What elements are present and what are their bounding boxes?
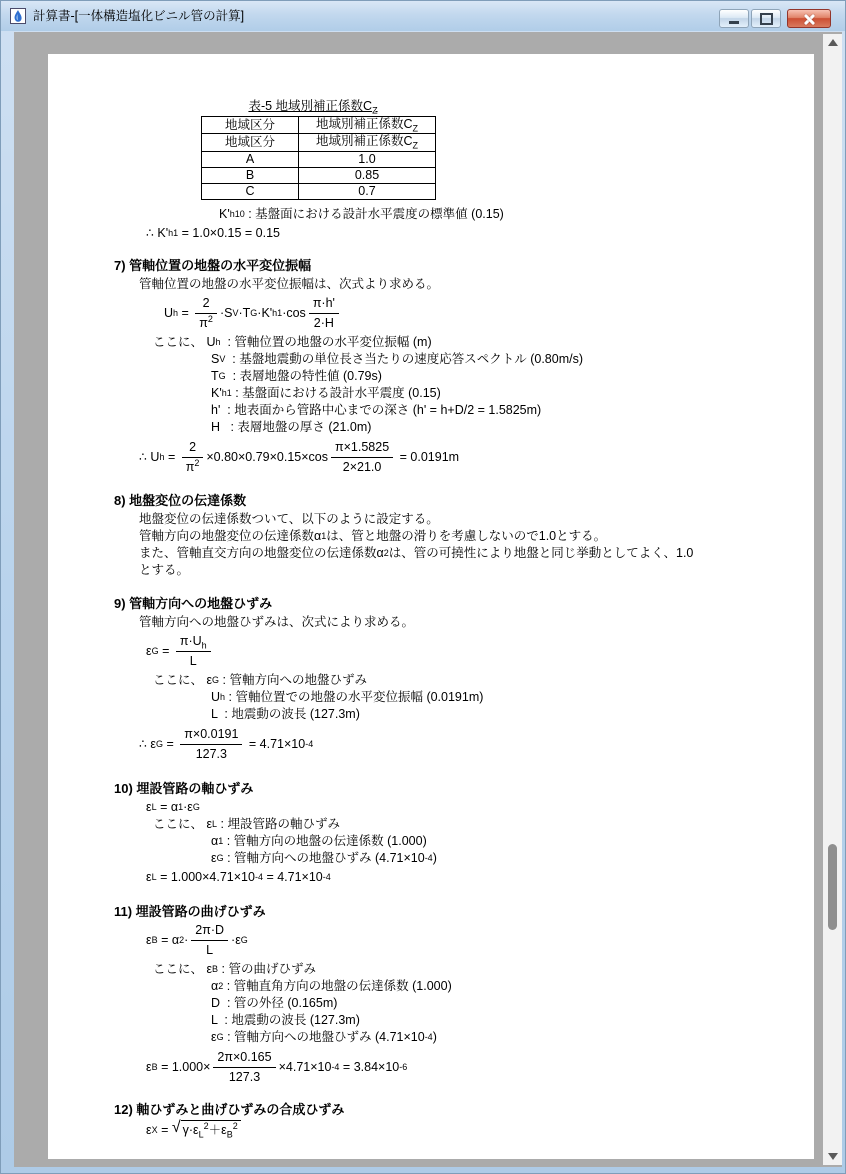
scroll-thumb[interactable] (828, 844, 837, 930)
page-number: 9 (114, 1158, 754, 1159)
doc-line: εB = α2·2π·DL·εG (114, 922, 814, 959)
table-cell: 地域区分 (202, 116, 299, 134)
doc-line: TG : 表層地盤の特性値 (0.79s) (114, 368, 814, 385)
doc-line: εL = α1·εG (114, 799, 814, 816)
doc-line: L : 地震動の波長 (127.3m) (114, 1012, 814, 1029)
doc-lines: K'h10 : 基盤面における設計水平震度の標準値 (0.15)∴ K'h1 =… (114, 206, 814, 1140)
section-heading: 7) 管軸位置の地盤の水平変位振幅 (114, 257, 814, 274)
maximize-button[interactable] (751, 9, 781, 28)
doc-line: H : 表層地盤の厚さ (21.0m) (114, 419, 814, 436)
doc-line: εL = 1.000×4.71×10-4 = 4.71×10-4 (114, 869, 814, 886)
doc-line: ∴ K'h1 = 1.0×0.15 = 0.15 (114, 225, 814, 242)
table-cell: 0.85 (299, 167, 436, 183)
scroll-down-button[interactable] (823, 1148, 842, 1165)
doc-line: 管軸位置の地盤の水平変位振幅は、次式より求める。 (114, 276, 814, 293)
doc-line: K'h1 : 基盤面における設計水平震度 (0.15) (114, 385, 814, 402)
app-icon (10, 8, 27, 24)
table-cell: 地域別補正係数CZ (299, 116, 436, 134)
minimize-icon (729, 21, 739, 24)
section-heading: 8) 地盤変位の伝達係数 (114, 492, 814, 509)
doc-line: α1 : 管軸方向の地盤の伝達係数 (1.000) (114, 833, 814, 850)
table-title: 表-5 地域別補正係数CZ (201, 98, 425, 116)
doc-line: α2 : 管軸直角方向の地盤の伝達係数 (1.000) (114, 978, 814, 995)
doc-line: ここに、 Uh : 管軸位置の地盤の水平変位振幅 (m) (114, 334, 814, 351)
doc-line: また、管軸直交方向の地盤変位の伝達係数α2は、管の可撓性により地盤と同じ挙動とし… (114, 545, 814, 562)
doc-line: ここに、 εB : 管の曲げひずみ (114, 961, 814, 978)
table-cell: B (202, 167, 299, 183)
doc-line: ∴ Uh = 2π2×0.80×0.79×0.15×cosπ×1.58252×2… (114, 439, 814, 476)
doc-line: Uh = 2π2·SV·TG·K'h1·cosπ·h'2·H (114, 295, 814, 332)
window-title: 計算書-[一体構造塩化ビニル管の計算] (33, 1, 244, 31)
table-cell: 地域別補正係数CZ (299, 134, 436, 152)
section-heading: 11) 埋設管路の曲げひずみ (114, 903, 814, 920)
section-heading: 12) 軸ひずみと曲げひずみの合成ひずみ (114, 1101, 814, 1118)
table-cell: 0.7 (299, 183, 436, 199)
doc-line: とする。 (114, 562, 814, 579)
doc-line: h' : 地表面から管路中心までの深さ (h' = h+D/2 = 1.5825… (114, 402, 814, 419)
doc-line: Uh : 管軸位置での地盤の水平変位振幅 (0.0191m) (114, 689, 814, 706)
close-button[interactable] (787, 9, 831, 28)
correction-table: 地域区分地域別補正係数CZ地域区分地域別補正係数CZA1.0B0.85C0.7 (201, 116, 436, 200)
table-row: 地域区分地域別補正係数CZ (202, 134, 436, 152)
table-cell: C (202, 183, 299, 199)
close-icon (803, 13, 815, 25)
doc-line: D : 管の外径 (0.165m) (114, 995, 814, 1012)
doc-line: ここに、 εG : 管軸方向への地盤ひずみ (114, 672, 814, 689)
table-row: 地域区分地域別補正係数CZ (202, 116, 436, 134)
document-viewport: 表-5 地域別補正係数CZ 地域区分地域別補正係数CZ地域区分地域別補正係数CZ… (14, 32, 842, 1167)
titlebar[interactable]: 計算書-[一体構造塩化ビニル管の計算] (1, 1, 845, 31)
doc-line: εX = √γ·εL2＋εB2 (114, 1120, 814, 1140)
doc-line: L : 地震動の波長 (127.3m) (114, 706, 814, 723)
doc-line: K'h10 : 基盤面における設計水平震度の標準値 (0.15) (114, 206, 814, 223)
table-cell: 1.0 (299, 151, 436, 167)
table-cell: 地域区分 (202, 134, 299, 152)
doc-line: ここに、 εL : 埋設管路の軸ひずみ (114, 816, 814, 833)
section-heading: 10) 埋設管路の軸ひずみ (114, 780, 814, 797)
scroll-up-button[interactable] (823, 34, 842, 51)
table-row: A1.0 (202, 151, 436, 167)
doc-line: 管軸方向の地盤変位の伝達係数α1は、管と地盤の滑りを考慮しないので1.0とする。 (114, 528, 814, 545)
scrollbar[interactable] (823, 34, 842, 1165)
table-row: C0.7 (202, 183, 436, 199)
minimize-button[interactable] (719, 9, 749, 28)
maximize-icon (760, 13, 773, 25)
table-cell: A (202, 151, 299, 167)
section-heading: 9) 管軸方向への地盤ひずみ (114, 595, 814, 612)
doc-line: ∴ εG = π×0.0191127.3 = 4.71×10-4 (114, 726, 814, 763)
doc-line: 地盤変位の伝達係数ついて、以下のように設定する。 (114, 511, 814, 528)
doc-line: εG = π·UhL (114, 633, 814, 671)
scroll-down-icon (828, 1153, 838, 1160)
doc-line: εG : 管軸方向への地盤ひずみ (4.71×10-4) (114, 1029, 814, 1046)
doc-line: 管軸方向への地盤ひずみは、次式により求める。 (114, 614, 814, 631)
scroll-up-icon (828, 39, 838, 46)
document-page: 表-5 地域別補正係数CZ 地域区分地域別補正係数CZ地域区分地域別補正係数CZ… (48, 54, 814, 1159)
application-window: 計算書-[一体構造塩化ビニル管の計算] 表-5 地域別補正係数CZ 地域区分地域… (0, 0, 846, 1174)
table-row: B0.85 (202, 167, 436, 183)
doc-line: SV : 基盤地震動の単位長さ当たりの速度応答スペクトル (0.80m/s) (114, 351, 814, 368)
doc-line: εG : 管軸方向への地盤ひずみ (4.71×10-4) (114, 850, 814, 867)
doc-line: εB = 1.000×2π×0.165127.3×4.71×10-4 = 3.8… (114, 1049, 814, 1086)
